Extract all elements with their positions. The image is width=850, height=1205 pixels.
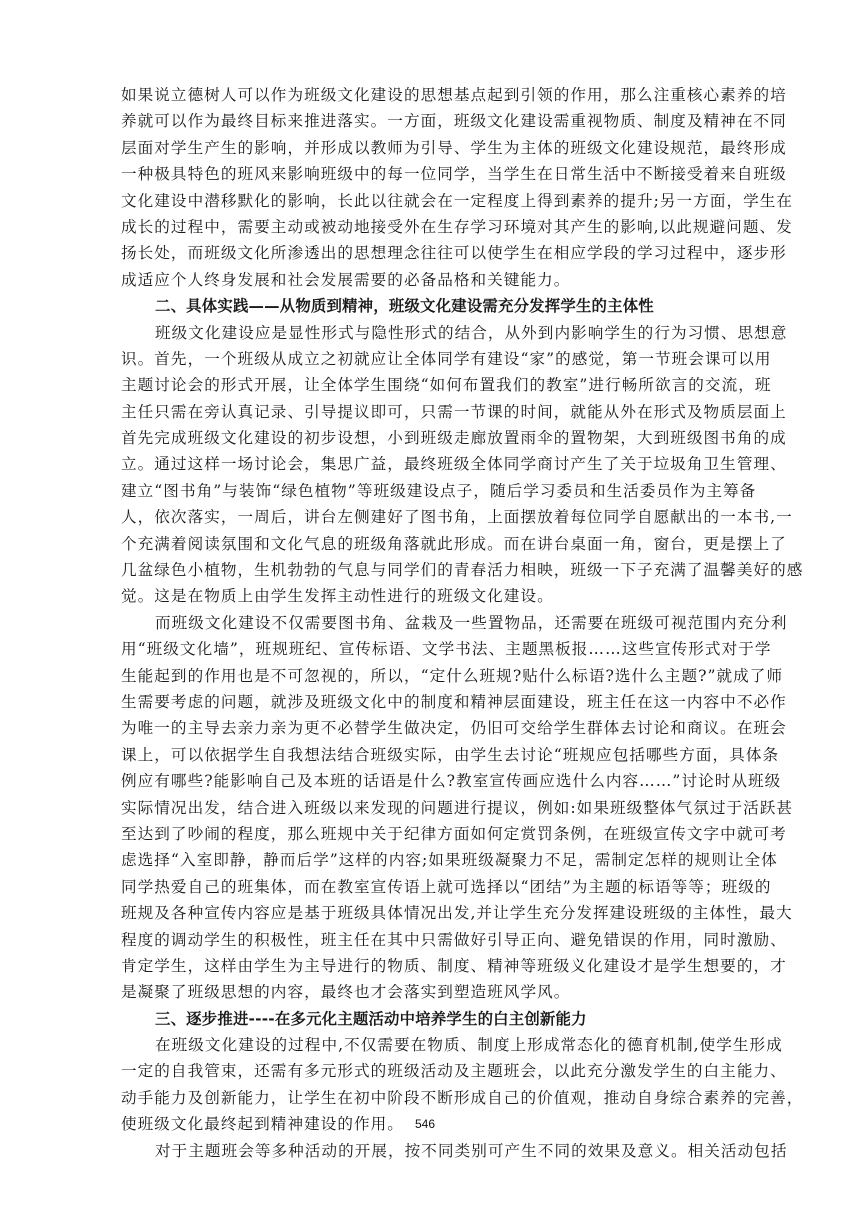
- text-line: 主任只需在旁认真记录、引导提议即可，只需一节课的时间，就能从外在形式及物质层面上: [121, 399, 729, 425]
- text-line: 识。首先，一个班级从成立之初就应让全体同学有建设“家”的感觉，第一节班会课可以用: [121, 346, 729, 372]
- text-line: 建立“图书角”与装饰“绿色植物”等班级建设点子，随后学习委员和生活委员作为主筹备: [121, 478, 729, 504]
- text-line: 扬长处，而班级文化所渗透出的思想理念往往可以使学生在相应学段的学习过程中，逐步形: [121, 240, 729, 266]
- paragraph-last-line: 觉。这是在物质上由学生发挥主动性进行的班级文化建设。: [121, 583, 729, 609]
- text-line: 动手能力及创新能力，让学生在初中阶段不断形成自己的价值观，推动自身综合素养的完善…: [121, 1085, 729, 1111]
- text-line: 班规及各种宣传内容应是基于班级具体情况出发,并让学生充分发挥建设班级的主体性，最…: [121, 900, 729, 926]
- paragraph-last-line: 是凝聚了班级思想的内容，最终也才会落实到塑造班风学风。: [121, 979, 729, 1005]
- text-line: 立。通过这样一场讨论会，集思广益，最终班级全体同学商讨产生了关于垃圾角卫生管理、: [121, 451, 729, 477]
- paragraph-first-line: 对于主题班会等多种活动的开展，按不同类别可产生不同的效果及意义。相关活动包括: [121, 1138, 729, 1164]
- text-line: 文化建设中潜移默化的影响，长此以往就会在一定程度上得到素养的提升;另一方面，学生…: [121, 188, 729, 214]
- text-line: 实际情况出发，结合进入班级以来发现的问题进行提议，例如:如果班级整体气氛过于活跃…: [121, 795, 729, 821]
- text-line: 成长的过程中，需要主动或被动地接受外在生存学习环境对其产生的影响,以此规避问题、…: [121, 214, 729, 240]
- section-heading: 三、逐步推进----在多元化主题活动中培养学生的白主创新能力: [121, 1006, 729, 1032]
- text-line: 生需要考虑的问题，就涉及班级文化中的制度和精神层面建设，班主任在这一内容中不必作: [121, 689, 729, 715]
- text-line: 用“班级文化墙”，班规班纪、宣传标语、文学书法、主题黑板报……这些宣传形式对于学: [121, 636, 729, 662]
- text-line: 几盆绿色小植物，生机勃勃的气息与同学们的青春活力相映，班级一下子充满了温馨美好的…: [121, 557, 729, 583]
- text-line: 至达到了吵闹的程度，那么班规中关于纪律方面如何定赏罚条例，在班级宣传文字中就可考: [121, 821, 729, 847]
- text-line: 例应有哪些?能影响自己及本班的话语是什么?教室宣传画应选什么内容……”讨论时从班…: [121, 768, 729, 794]
- text-line: 虑选择“入室即静，静而后学”这样的内容;如果班级凝聚力不足，需制定怎样的规则让全…: [121, 847, 729, 873]
- text-line: 课上，可以依据学生自我想法结合班级实际，由学生去讨论“班规应包括哪些方面，具体条: [121, 742, 729, 768]
- text-line: 一种极具特色的班风来影响班级中的每一位同学，当学生在日常生活中不断接受着来自班级: [121, 161, 729, 187]
- text-line: 为唯一的主导去亲力亲为更不必替学生做决定，仍旧可交给学生群体去讨论和商议。在班会: [121, 715, 729, 741]
- paragraph-last-line: 成适应个人终身发展和社会发展需要的必备品格和关键能力。: [121, 267, 729, 293]
- section-heading: 二、具体实践——从物质到精神，班级文化建设需充分发挥学生的主体性: [121, 293, 729, 319]
- text-line: 如果说立德树人可以作为班级文化建设的思想基点起到引领的作用，那么注重核心素养的培: [121, 82, 729, 108]
- text-line: 一定的自我管束，还需有多元形式的班级活动及主题班会，以此充分激发学生的白主能力、: [121, 1058, 729, 1084]
- text-line: 人，依次落实，一周后，讲台左侧建好了图书角，上面摆放着每位同学自愿献出的一本书,…: [121, 504, 729, 530]
- text-line: 层面对学生产生的影响，并形成以教师为引导、学生为主体的班级文化建设规范，最终形成: [121, 135, 729, 161]
- text-line: 养就可以作为最终目标来推进落实。一方面，班级文化建设需重视物质、制度及精神在不同: [121, 108, 729, 134]
- text-line: 首先完成班级文化建设的初步设想，小到班级走廊放置雨伞的置物架，大到班级图书角的成: [121, 425, 729, 451]
- text-line: 程度的调动学生的积极性，班主任在其中只需做好引导正向、避免错误的作用，同时激励、: [121, 927, 729, 953]
- paragraph-first-line: 在班级文化建设的过程中,不仅需要在物质、制度上形成常态化的德育机制,使学生形成: [121, 1032, 729, 1058]
- text-line: 生能起到的作用也是不可忽视的，所以，“定什么班规?贴什么标语?选什么主题?”就成…: [121, 663, 729, 689]
- body-text: 如果说立德树人可以作为班级文化建设的思想基点起到引领的作用，那么注重核心素养的培…: [121, 82, 729, 1164]
- page-number: 546: [0, 1117, 850, 1131]
- text-line: 肯定学生，这样由学生为主导进行的物质、制度、精神等班级义化建设才是学生想要的，才: [121, 953, 729, 979]
- text-line: 同学热爱自己的班集体，而在教室宣传语上就可选择以“团结”为主题的标语等等；班级的: [121, 874, 729, 900]
- text-line: 个充满着阅读氛围和文化气息的班级角落就此形成。而在讲台桌面一角，窗台，更是摆上了: [121, 531, 729, 557]
- document-page: 如果说立德树人可以作为班级文化建设的思想基点起到引领的作用，那么注重核心素养的培…: [0, 0, 850, 1205]
- paragraph-first-line: 而班级文化建设不仅需要图书角、盆栽及一些置物品，还需要在班级可视范围内充分利: [121, 610, 729, 636]
- text-line: 主题讨论会的形式开展，让全体学生围绕“如何布置我们的教室”进行畅所欲言的交流，班: [121, 372, 729, 398]
- paragraph-first-line: 班级文化建设应是显性形式与隐性形式的结合，从外到内影响学生的行为习惯、思想意: [121, 320, 729, 346]
